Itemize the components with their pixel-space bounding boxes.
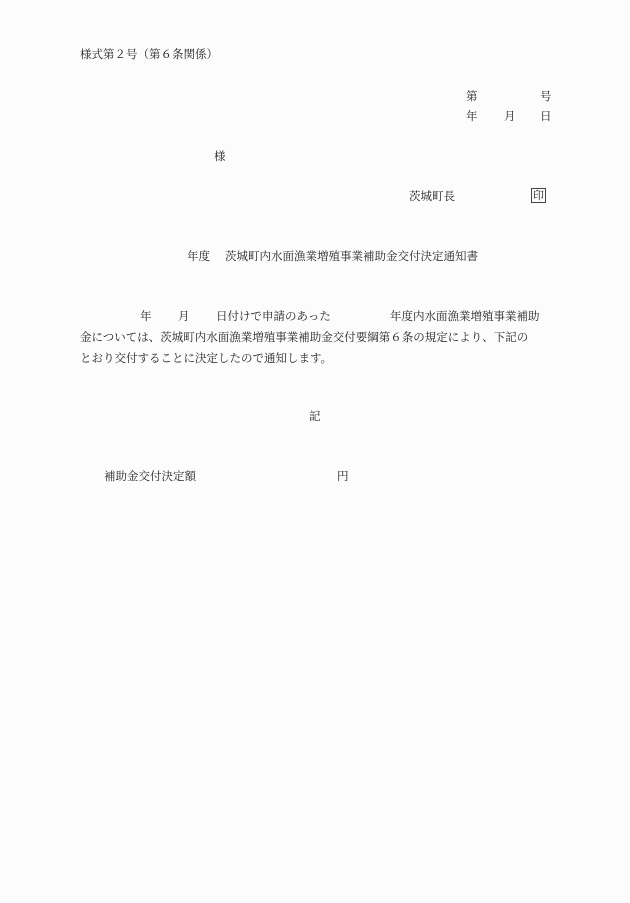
body-month-label: 月 (178, 311, 190, 323)
body-line-2-text: 金については、茨城町内水面漁業増殖事業補助金交付要綱第６条の規定により、下記の (80, 332, 528, 344)
form-number: 様式第２号（第６条関係） (80, 49, 218, 61)
title-text: 茨城町内水面漁業増殖事業補助金交付決定通知書 (225, 251, 478, 263)
body-paragraph: 年 月 日付けで申請のあった 年度内水面漁業増殖事業補助 金については、茨城町内… (80, 311, 552, 374)
body-text-b: 年度内水面漁業増殖事業補助 (390, 311, 540, 323)
body-line-3-text: とおり交付することに決定したので通知します。 (80, 353, 332, 365)
body-year-label: 年 (140, 311, 152, 323)
title-fiscal-year: 年度 (187, 251, 210, 263)
issuer-title: 茨城町長 (409, 191, 455, 203)
body-line-2: 金については、茨城町内水面漁業増殖事業補助金交付要綱第６条の規定により、下記の (80, 332, 552, 353)
reference-number-suffix: 号 (540, 91, 552, 103)
reference-number-prefix: 第 (466, 91, 478, 103)
record-heading: 記 (309, 411, 321, 423)
seal-icon: 印 (531, 188, 546, 203)
date-year-label: 年 (466, 111, 478, 123)
date-month-label: 月 (504, 111, 516, 123)
body-line-1: 年 月 日付けで申請のあった 年度内水面漁業増殖事業補助 (80, 311, 552, 332)
body-line-3: とおり交付することに決定したので通知します。 (80, 353, 552, 374)
body-text-a: 日付けで申請のあった (216, 311, 331, 323)
date-day-label: 日 (540, 111, 552, 123)
grant-amount-label: 補助金交付決定額 (104, 471, 196, 483)
addressee-honorific: 様 (214, 151, 226, 163)
grant-amount-unit: 円 (337, 471, 349, 483)
